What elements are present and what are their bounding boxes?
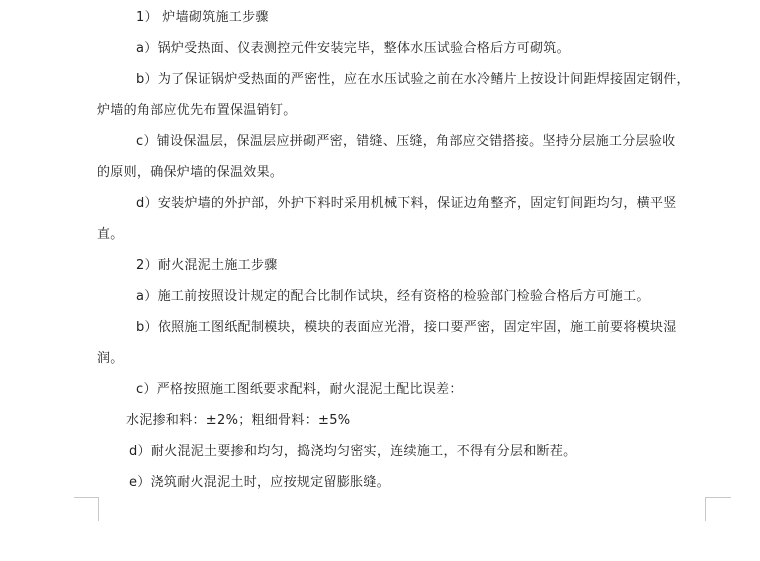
page-corner-mark-left [74, 497, 99, 521]
paragraph-2e: e）浇筑耐火混泥土时，应按规定留膨胀缝。 [129, 475, 390, 491]
paragraph-2c: c）严格按照施工图纸要求配料，耐火混泥土配比误差： [136, 382, 463, 398]
paragraph-1a: a）锅炉受热面、仪表测控元件安装完毕，整体水压试验合格后方可砌筑。 [136, 41, 570, 57]
paragraph-2b-cont: 润。 [97, 351, 124, 367]
mix-tolerance-line: 水泥掺和料：±2%；粗细骨料：±5% [126, 413, 350, 429]
heading-1-furnace-wall: 1） 炉墙砌筑施工步骤 [136, 10, 269, 26]
paragraph-1d-cont: 直。 [97, 227, 124, 243]
paragraph-2a: a）施工前按照设计规定的配合比制作试块，经有资格的检验部门检验合格后方可施工。 [136, 289, 650, 305]
paragraph-1d: d）安装炉墙的外护部，外护下料时采用机械下料，保证边角整齐，固定钉间距均匀，横平… [136, 196, 677, 212]
paragraph-1c-cont: 的原则，确保炉墙的保温效果。 [97, 165, 283, 181]
paragraph-2d: d）耐火混泥土要掺和均匀，捣浇均匀密实，连续施工，不得有分层和断茬。 [129, 444, 576, 460]
heading-2-refractory-concrete: 2）耐火混泥土施工步骤 [136, 258, 278, 274]
paragraph-2b: b）依照施工图纸配制模块，模块的表面应光滑，接口要严密，固定牢固，施工前要将模块… [136, 320, 677, 336]
paragraph-1b-cont: 炉墙的角部应优先布置保温销钉。 [97, 103, 297, 119]
paragraph-1b: b）为了保证锅炉受热面的严密性，应在水压试验之前在水冷鳍片上按设计间距焊接固定钢… [136, 72, 690, 88]
page-corner-mark-right [705, 497, 731, 521]
paragraph-1c: c）铺设保温层，保温层应拼砌严密，错缝、压缝，角部应交错搭接。坚持分层施工分层验… [136, 134, 675, 150]
